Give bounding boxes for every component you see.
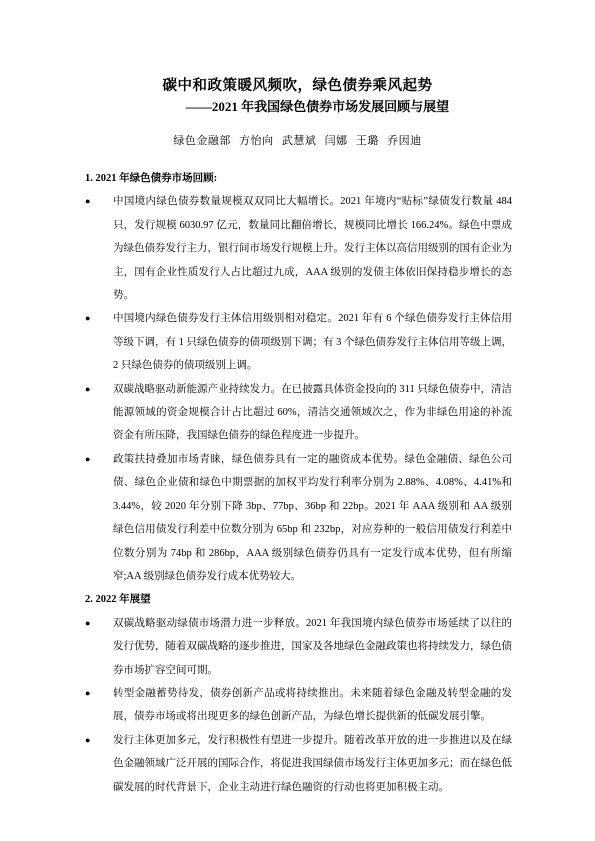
bullet-text: 发行主体更加多元，发行积极性有望进一步提升。随着改革开放的进一步推进以及在绿色金… — [113, 729, 512, 799]
bullet-marker-icon: ● — [85, 682, 113, 729]
authors-line: 绿色金融部 方怡向 武慧斌 闫娜 王璐 乔因迪 — [0, 135, 595, 147]
bullet-text: 中国境内绿色债券数量规模双双同比大幅增长。2021 年境内“贴标”绿债发行数量 … — [113, 190, 512, 307]
document-body: 1. 2021 年绿色债券市场回顾: ● 中国境内绿色债券数量规模双双同比大幅增… — [85, 167, 512, 799]
bullet-marker-icon: ● — [85, 378, 113, 448]
bullet-marker-icon: ● — [85, 190, 113, 307]
document-page: 碳中和政策暖风频吹，绿色债券乘风起势 ——2021 年我国绿色债券市场发展回顾与… — [0, 0, 595, 841]
bullet-item: ● 中国境内绿色债券数量规模双双同比大幅增长。2021 年境内“贴标”绿债发行数… — [85, 190, 512, 307]
bullet-marker-icon: ● — [85, 448, 113, 588]
bullet-item: ● 双碳战略驱动新能源产业持续发力。在已披露具体资金投向的 311 只绿色债券中… — [85, 378, 512, 448]
page-title: 碳中和政策暖风频吹，绿色债券乘风起势 — [0, 78, 595, 94]
bullet-marker-icon: ● — [85, 729, 113, 799]
bullet-text: 中国境内绿色债券发行主体信用级别相对稳定。2021 年有 6 个绿色债券发行主体… — [113, 307, 512, 377]
section-heading-2021-review: 1. 2021 年绿色债券市场回顾: — [85, 167, 512, 190]
bullet-item: ● 中国境内绿色债券发行主体信用级别相对稳定。2021 年有 6 个绿色债券发行… — [85, 307, 512, 377]
bullet-text: 双碳战略驱动新能源产业持续发力。在已披露具体资金投向的 311 只绿色债券中，清… — [113, 378, 512, 448]
bullet-item: ● 双碳战略驱动绿债市场潜力进一步释放。2021 年我国境内绿色债券市场延续了以… — [85, 612, 512, 682]
bullet-marker-icon: ● — [85, 307, 113, 377]
bullet-item: ● 政策扶持叠加市场青睐，绿色债券具有一定的融资成本优势。绿色金融债、绿色公司债… — [85, 448, 512, 588]
bullet-text: 政策扶持叠加市场青睐，绿色债券具有一定的融资成本优势。绿色金融债、绿色公司债、绿… — [113, 448, 512, 588]
bullet-text: 转型金融蓄势待发，债券创新产品或将持续推出。未来随着绿色金融及转型金融的发展，债… — [113, 682, 512, 729]
bullet-text: 双碳战略驱动绿债市场潜力进一步释放。2021 年我国境内绿色债券市场延续了以往的… — [113, 612, 512, 682]
section-heading-2022-outlook: 2. 2022 年展望 — [85, 588, 512, 611]
bullet-marker-icon: ● — [85, 612, 113, 682]
bullet-item: ● 转型金融蓄势待发，债券创新产品或将持续推出。未来随着绿色金融及转型金融的发展… — [85, 682, 512, 729]
bullet-item: ● 发行主体更加多元，发行积极性有望进一步提升。随着改革开放的进一步推进以及在绿… — [85, 729, 512, 799]
page-subtitle: ——2021 年我国绿色债券市场发展回顾与展望 — [20, 100, 595, 114]
